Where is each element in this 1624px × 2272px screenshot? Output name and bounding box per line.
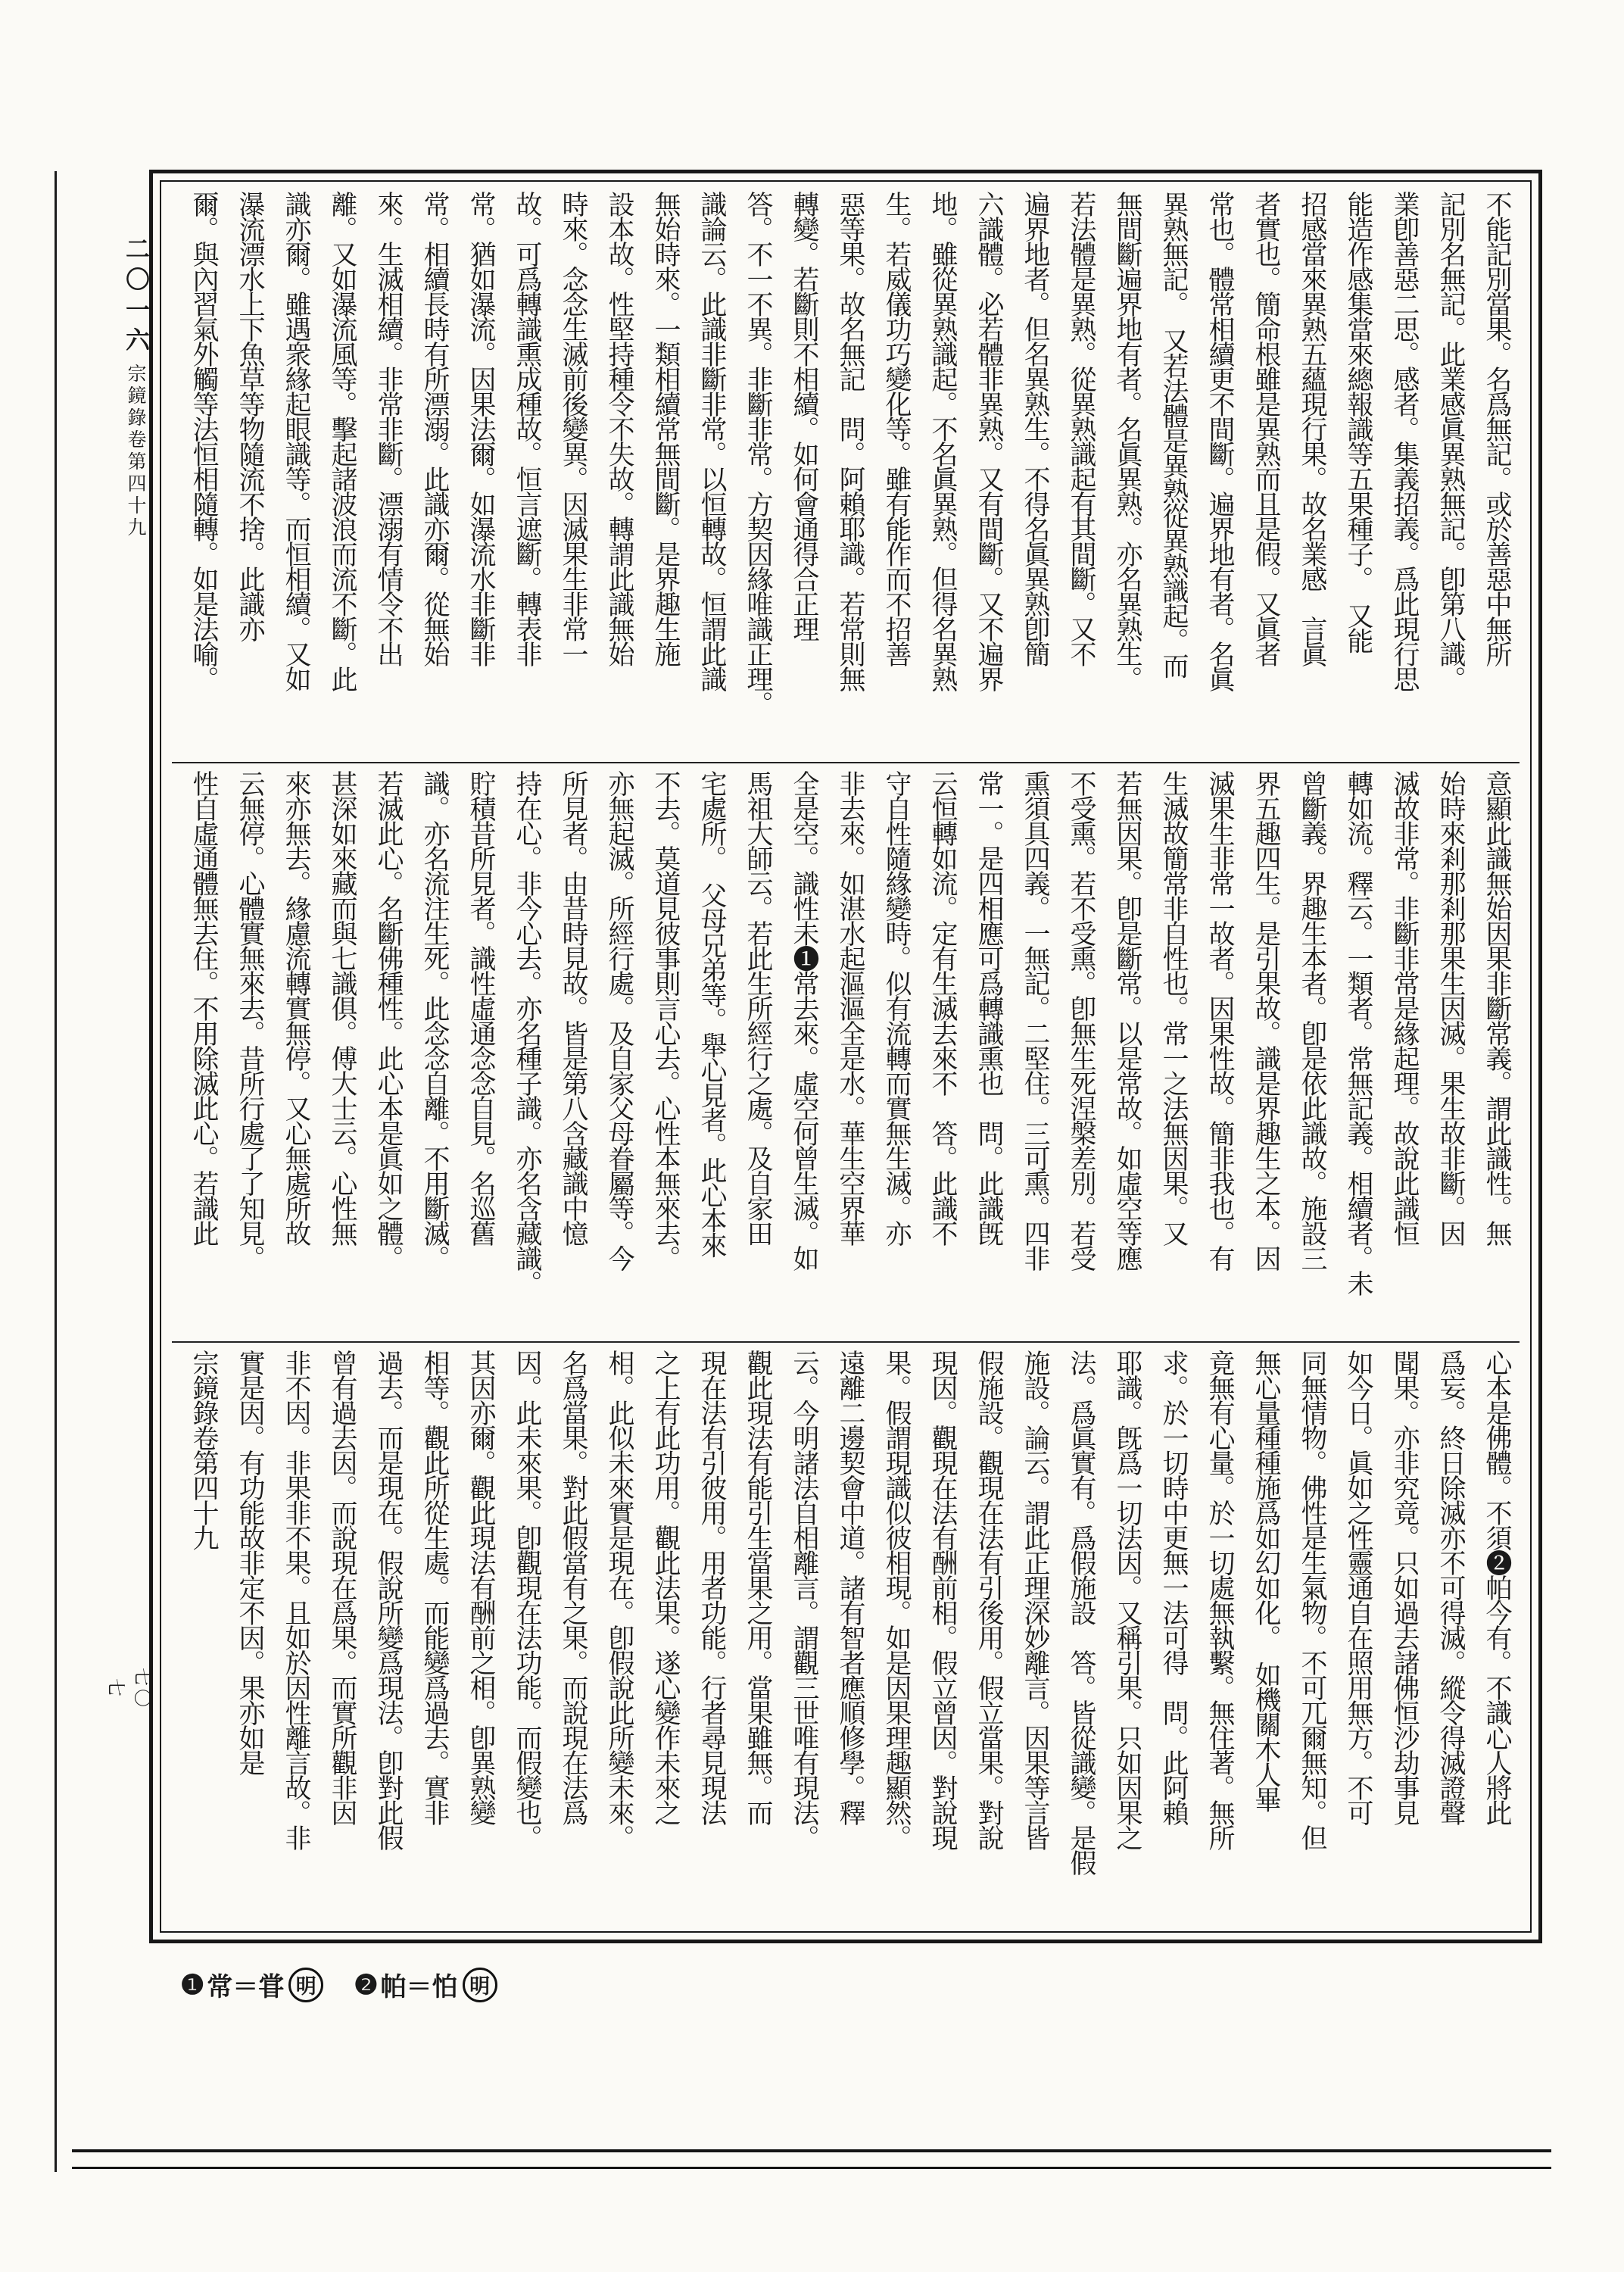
text-column: 假施設。觀現在法有引後用。假立當果。對說	[965, 1350, 1011, 1913]
text-column: 若法體是異熟。從異熟識起有其間斷。又不	[1058, 191, 1104, 754]
register-divider	[172, 762, 1520, 763]
footnote-reading: 常＝甞	[207, 1966, 284, 2003]
bottom-rule-thin	[72, 2167, 1551, 2169]
text-column: 能造作感集當來總報識等五果種子。 又能	[1335, 191, 1381, 754]
text-column: 無心量種種施爲如幻如化。 如機關木人畢	[1242, 1350, 1289, 1913]
text-column: 聞果。亦非究竟。只如過去諸佛恒沙劫事見	[1381, 1350, 1427, 1913]
text-column: 不受熏。若不受熏。卽無生死涅槃差別。若受	[1058, 770, 1104, 1334]
text-column: 相。此似未來實是現在。卽假說此所變未來。	[596, 1350, 642, 1913]
text-column: 同無情物。佛性是生氣物。不可兀爾無知。但	[1289, 1350, 1335, 1913]
footnote-reading: 帕＝怕	[381, 1966, 458, 2003]
text-column: 離。又如瀑流風等。擊起諸波浪而流不斷。此	[319, 191, 365, 754]
text-column: 無間斷遍界地有者。名眞異熟。亦名異熟生。	[1104, 191, 1150, 754]
text-column: 求。於一切時中更無一法可得 問。此阿賴	[1150, 1350, 1196, 1913]
text-column: 識。亦名流注生死。此念念自離。不用斷滅。	[411, 770, 457, 1334]
text-column: 馬祖大師云。若此生所經行之處。及自家田	[734, 770, 781, 1334]
edition-circle-mark: 明	[288, 1968, 323, 2002]
text-column: 爾。與內習氣外觸等法恒相隨轉。如是法喻。	[180, 191, 226, 754]
text-column: 竟無有心量。於一切處無執繫。無住著。無所	[1196, 1350, 1242, 1913]
text-column: 故。可爲轉識熏成種故。恒言遮斷。轉表非	[503, 191, 550, 754]
text-column: 觀此現法有能引生當果之用。當果雖無。而	[734, 1350, 781, 1913]
text-column: 轉如流。釋云。一類者。常無記義。相續者。未	[1335, 770, 1381, 1334]
register-lower: 心本是佛體。不須❷帕今有。不識心人將此 爲妄。終日除滅亦不可得滅。縱令得滅證聲 …	[172, 1350, 1520, 1913]
text-column: 不能記別當果。名爲無記。或於善惡中無所	[1473, 191, 1520, 754]
text-column: 地。雖從異熟識起。不名眞異熟。但得名異熟	[919, 191, 965, 754]
text-frame: 不能記別當果。名爲無記。或於善惡中無所 記別名無記。此業感眞異熟無記。卽第八識。…	[149, 170, 1542, 1943]
text-column: 生。若威儀功巧變化等。雖有能作而不招善	[873, 191, 919, 754]
page-edge-line	[55, 171, 57, 2172]
footnote-marker: ❷	[354, 1969, 378, 2001]
text-column: 意顯此識無始因果非斷常義。謂此識性。無	[1473, 770, 1520, 1334]
text-column: 之上有此功用。觀此法果。遂心變作未來之	[642, 1350, 688, 1913]
text-column: 熏須具四義。一無記。二堅住。三可熏。四非	[1011, 770, 1058, 1334]
text-column: 如今日。眞如之性靈通自在照用無方。不可	[1335, 1350, 1381, 1913]
text-column: 其因亦爾。觀此現法有酬前之相。卽異熟變	[457, 1350, 503, 1913]
text-column: 轉變。若斷則不相續。如何會通得合正理	[781, 191, 827, 754]
text-column: 云恒轉如流。定有生滅去來不 答。此識不	[919, 770, 965, 1334]
text-column: 六識體。必若體非異熟。又有間斷。又不遍界	[965, 191, 1011, 754]
text-column: 相等。觀此所從生處。而能變爲過去。實非	[411, 1350, 457, 1913]
text-column: 者實也。簡命根雖是異熟而且是假。又眞者	[1242, 191, 1289, 754]
text-column: 性自虛通體無去住。不用除滅此心。若識此	[180, 770, 226, 1334]
text-column: 云。今明諸法自相離言。謂觀三世唯有現法。	[781, 1350, 827, 1913]
register-middle: 意顯此識無始因果非斷常義。謂此識性。無 始時來剎那剎那果生因滅。果生故非斷。因 …	[172, 770, 1520, 1334]
page-content: 不能記別當果。名爲無記。或於善惡中無所 記別名無記。此業感眞異熟無記。卽第八識。…	[172, 191, 1520, 1924]
text-column: 常。相續長時有所漂溺。此識亦爾。從無始	[411, 191, 457, 754]
running-title-label: 宗鏡錄卷第四十九	[122, 364, 149, 539]
text-column: 識亦爾。雖遇衆緣起眼識等。而恒相續。又如	[273, 191, 319, 754]
text-column: 心本是佛體。不須❷帕今有。不識心人將此	[1473, 1350, 1520, 1913]
text-column: 答。不一不異。非斷非常。方契因緣唯識正理。	[734, 191, 781, 754]
text-column: 施設。論云。謂此正理深妙離言。因果等言皆	[1011, 1350, 1058, 1913]
text-column: 滅故非常。非斷非常是緣起理。故說此識恒	[1381, 770, 1427, 1334]
footnote: ❷ 帕＝怕 明	[354, 1966, 497, 2003]
text-column: 過去。而是現在。假說所變爲現法。卽對此假	[365, 1350, 411, 1913]
frame-inner-border: 不能記別當果。名爲無記。或於善惡中無所 記別名無記。此業感眞異熟無記。卽第八識。…	[160, 180, 1532, 1933]
text-column: 時來。念念生滅前後變異。因滅果生非常一	[550, 191, 596, 754]
text-column: 現因。觀現在法有酬前相。假立曾因。對說現	[919, 1350, 965, 1913]
edition-circle-mark: 明	[463, 1968, 497, 2002]
text-column: 不去。莫道見彼事則言心去。心性本無來去。	[642, 770, 688, 1334]
footnote-marker: ❶	[180, 1969, 204, 2001]
text-column: 業卽善惡二思。感者。集義招義。爲此現行思	[1381, 191, 1427, 754]
text-column: 果。假謂現識似彼相現。如是因果理趣顯然。	[873, 1350, 919, 1913]
text-column: 異熟無記。 又若法體是異熟從異熟識起。而	[1150, 191, 1196, 754]
text-column: 非不因。非果非不果。且如於因性離言故。非	[273, 1350, 319, 1913]
text-column: 招感當來異熟五蘊現行果。故名業感 言眞	[1289, 191, 1335, 754]
text-column: 始時來剎那剎那果生因滅。果生故非斷。因	[1427, 770, 1473, 1334]
text-column: 爲妄。終日除滅亦不可得滅。縱令得滅證聲	[1427, 1350, 1473, 1913]
text-column: 記別名無記。此業感眞異熟無記。卽第八識。	[1427, 191, 1473, 754]
text-column: 實是因。有功能故非定不因。果亦如是	[226, 1350, 273, 1913]
text-column: 宗鏡錄卷第四十九	[180, 1350, 226, 1913]
bottom-rule-thick	[72, 2149, 1551, 2152]
text-column: 因。此未來果。卽觀現在法功能。而假變也。	[503, 1350, 550, 1913]
text-column: 全是空。識性未❶常去來。虛空何曾生滅。如	[781, 770, 827, 1334]
footnote-line: ❶ 常＝甞 明 ❷ 帕＝怕 明	[180, 1966, 497, 2003]
text-column: 宅處所。 父母兄弟等。舉心見者。此心本來	[688, 770, 734, 1334]
text-column: 來。生滅相續。非常非斷。漂溺有情令不出	[365, 191, 411, 754]
text-column: 名爲當果。對此假當有之果。而說現在法爲	[550, 1350, 596, 1913]
text-column: 常一。是四相應可爲轉識熏也 問。此識旣	[965, 770, 1011, 1334]
text-column: 遍界地者。但名異熟生。不得名眞異熟卽簡	[1011, 191, 1058, 754]
text-column: 持在心。非今心去。亦名種子識。亦名含藏識。	[503, 770, 550, 1334]
text-column: 識論云。此識非斷非常。以恒轉故。恒謂此識	[688, 191, 734, 754]
text-column: 惡等果。故名無記 問。阿賴耶識。若常則無	[827, 191, 873, 754]
text-column: 貯積昔所見者。識性虛通念念自見。名巡舊	[457, 770, 503, 1334]
text-column: 甚深如來藏而與七識俱。傅大士云。心性無	[319, 770, 365, 1334]
text-column: 曾有過去因。而說現在爲果。而實所觀非因	[319, 1350, 365, 1913]
text-column: 無始時來。一類相續常無間斷。是界趣生施	[642, 191, 688, 754]
register-divider	[172, 1341, 1520, 1343]
text-column: 生滅故簡常非自性也。常一之法無因果。又	[1150, 770, 1196, 1334]
text-column: 界五趣四生。是引果故。識是界趣生之本。因	[1242, 770, 1289, 1334]
text-column: 亦無起滅。所經行處。及自家父母眷屬等。今	[596, 770, 642, 1334]
text-column: 遠離二邊契會中道。諸有智者應順修學。釋	[827, 1350, 873, 1913]
text-column: 所見者。由昔時見故。皆是第八含藏識中憶	[550, 770, 596, 1334]
text-column: 設本故。性堅持種令不失故。轉謂此識無始	[596, 191, 642, 754]
text-column: 若無因果。卽是斷常。以是常故。如虛空等應	[1104, 770, 1150, 1334]
text-column: 法。爲眞實有。爲假施設 答。皆從識變。是假	[1058, 1350, 1104, 1913]
text-column: 常。猶如瀑流。因果法爾。如瀑流水非斷非	[457, 191, 503, 754]
footnote: ❶ 常＝甞 明	[180, 1966, 323, 2003]
register-upper: 不能記別當果。名爲無記。或於善惡中無所 記別名無記。此業感眞異熟無記。卽第八識。…	[172, 191, 1520, 754]
text-column: 瀑流漂水上下魚草等物隨流不捨。此識亦	[226, 191, 273, 754]
text-column: 若滅此心。名斷佛種性。此心本是眞如之體。	[365, 770, 411, 1334]
text-column: 曾斷義。界趣生本者。卽是依此識故。施設三	[1289, 770, 1335, 1334]
text-column: 來亦無去。緣慮流轉實無停。又心無處所故	[273, 770, 319, 1334]
text-column: 滅果生非常一故者。因果性故。簡非我也。有	[1196, 770, 1242, 1334]
text-column: 現在法有引彼用。用者功能。行者尋見現法	[688, 1350, 734, 1913]
text-column: 守自性隨緣變時。似有流轉而實無生滅。亦	[873, 770, 919, 1334]
text-column: 云無停。心體實無來去。昔所行處了了知見。	[226, 770, 273, 1334]
text-column: 耶識。旣爲一切法因。又稱引果。只如因果之	[1104, 1350, 1150, 1913]
text-column: 常也。體常相續更不間斷。遍界地有者。名眞	[1196, 191, 1242, 754]
text-column: 非去來。如湛水起漚漚全是水。華生空界華	[827, 770, 873, 1334]
